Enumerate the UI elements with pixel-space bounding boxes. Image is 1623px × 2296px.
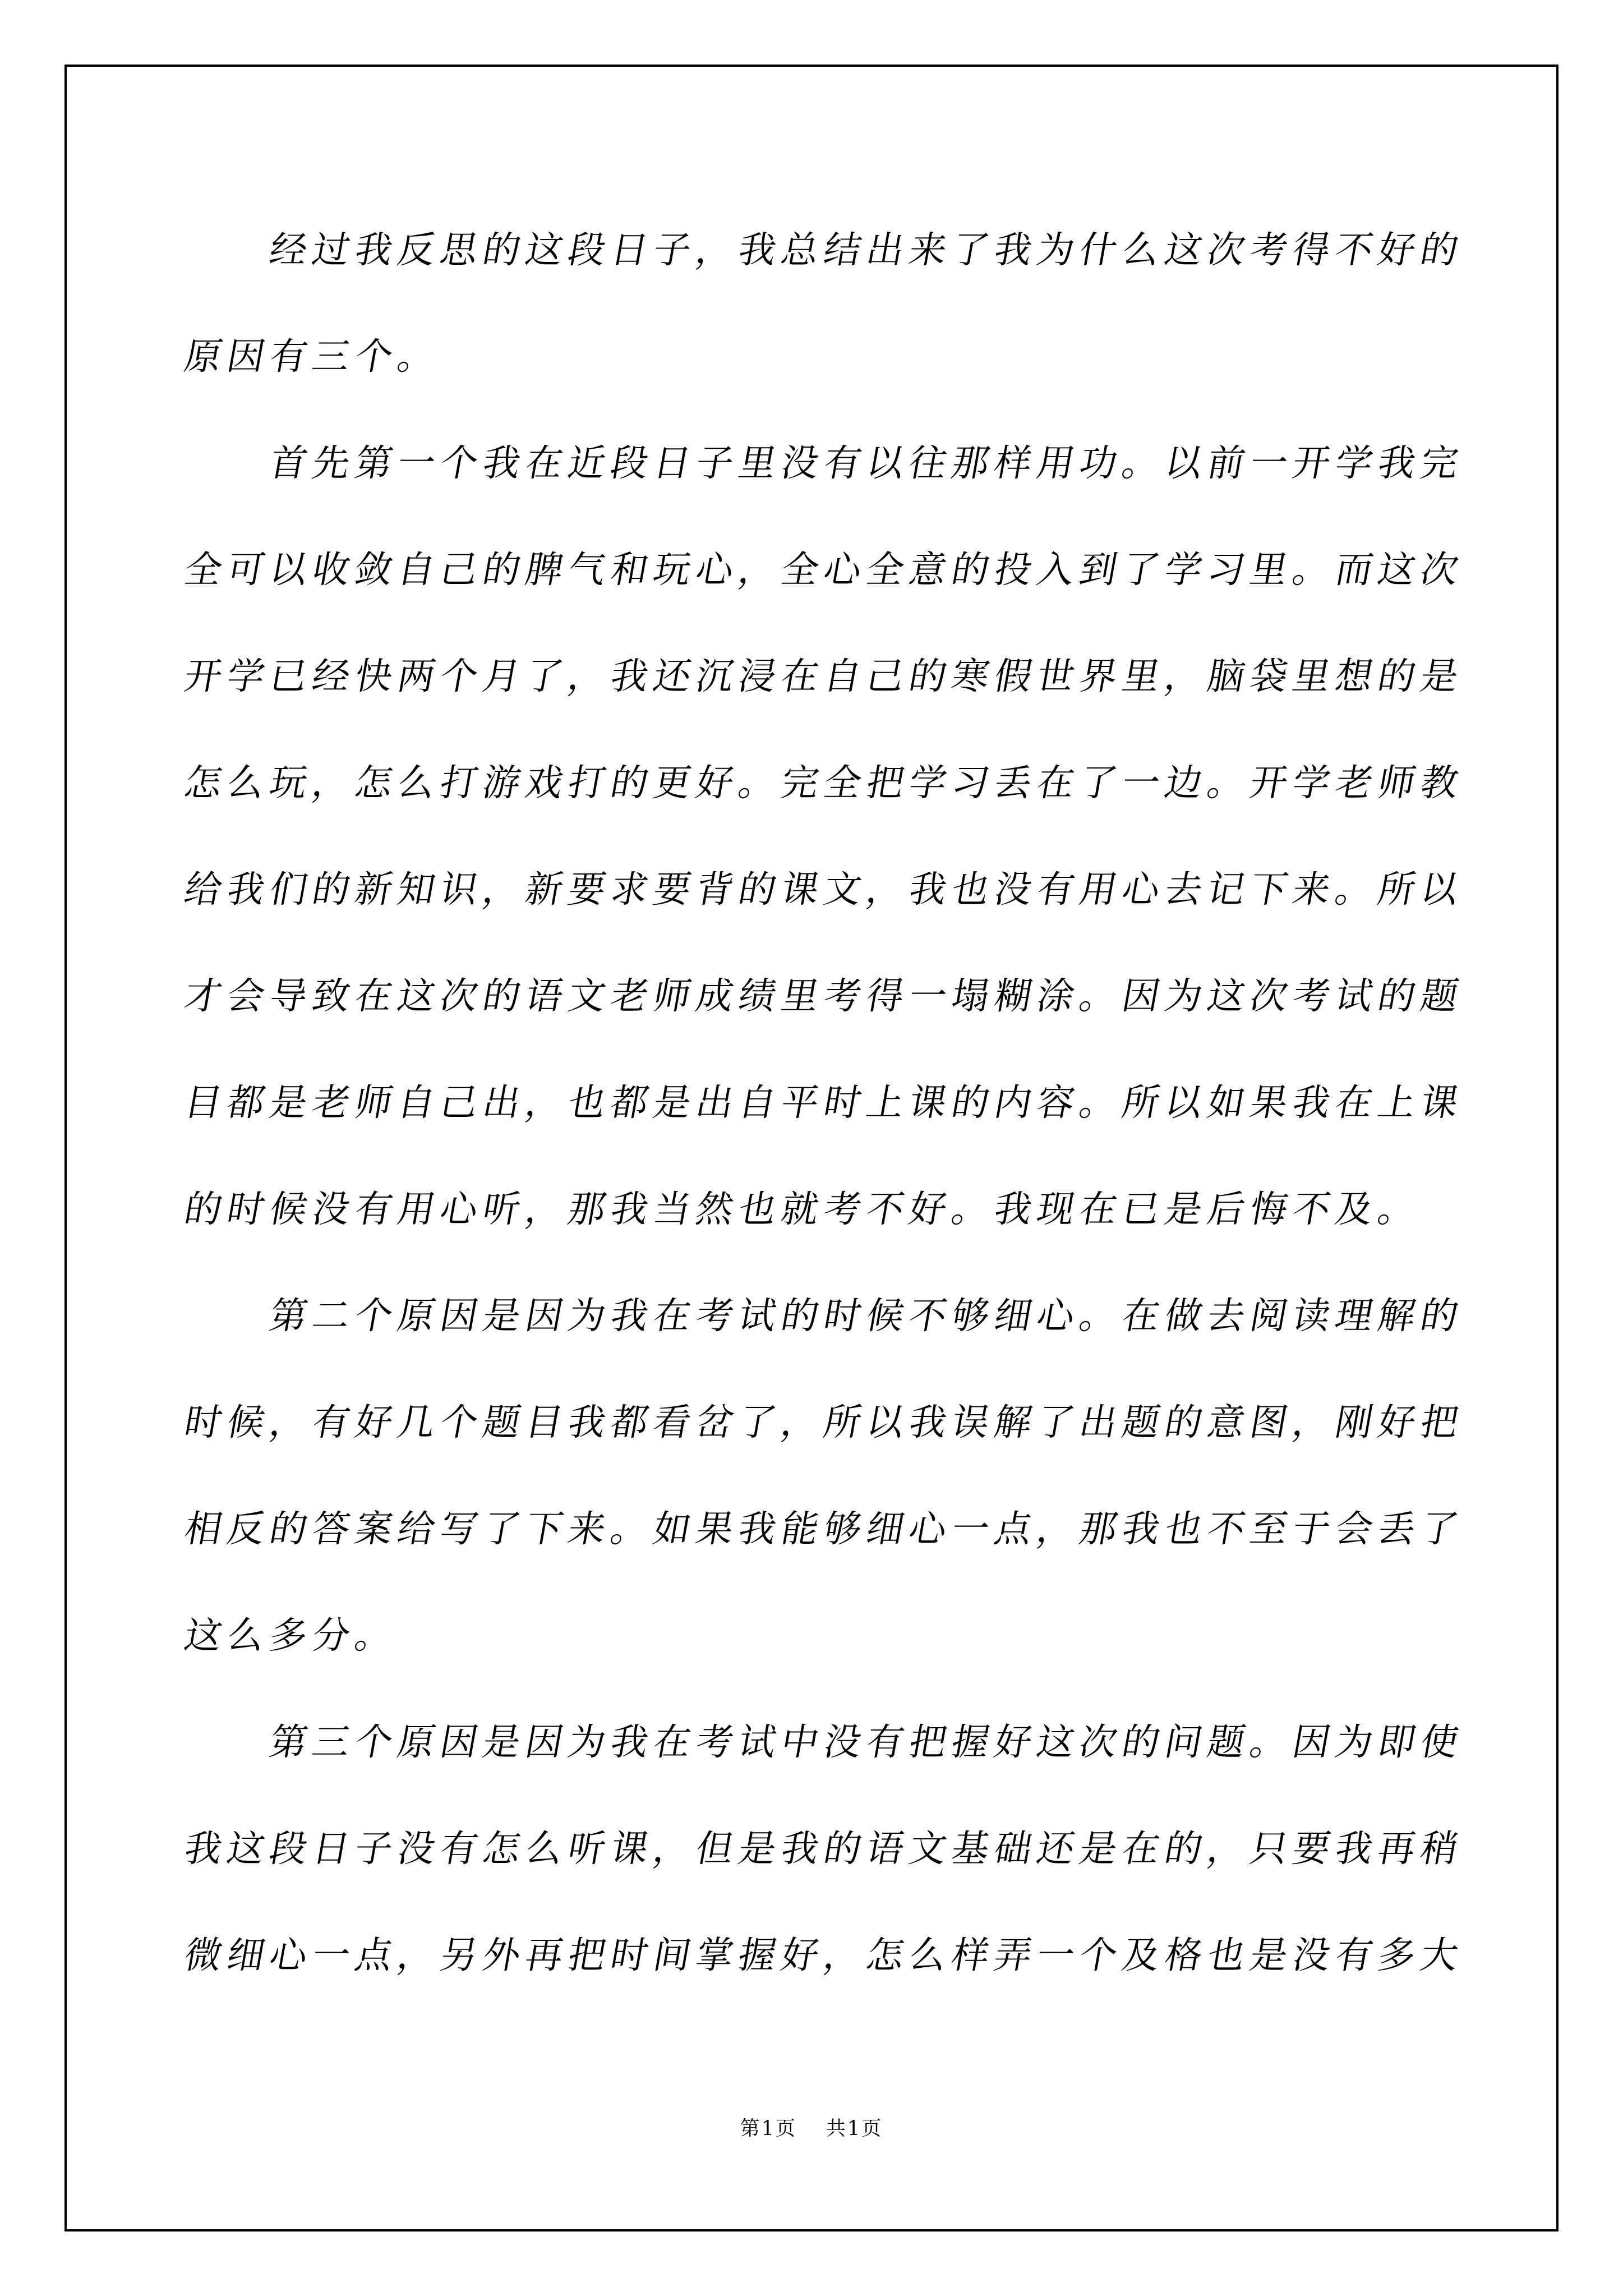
text-line: 原因有三个。: [176, 303, 1484, 410]
text-line: 第二个原因是因为我在考试的时候不够细心。在做去阅读理解的: [176, 1263, 1484, 1369]
text-line: 全可以收敛自己的脾气和玩心，全心全意的投入到了学习里。而这次: [176, 517, 1484, 623]
text-line: 首先第一个我在近段日子里没有以往那样用功。以前一开学我完: [176, 410, 1484, 517]
page-number-current: 第1页: [740, 2118, 797, 2140]
text-line: 目都是老师自己出，也都是出自平时上课的内容。所以如果我在上课: [176, 1050, 1484, 1156]
text-line: 开学已经快两个月了，我还沉浸在自己的寒假世界里，脑袋里想的是: [176, 623, 1484, 730]
text-line: 经过我反思的这段日子，我总结出来了我为什么这次考得不好的: [176, 197, 1484, 303]
page-number-total: 共1页: [826, 2118, 883, 2140]
text-line: 第三个原因是因为我在考试中没有把握好这次的问题。因为即使: [176, 1689, 1484, 1796]
text-line: 时候，有好几个题目我都看岔了，所以我误解了出题的意图，刚好把: [176, 1369, 1484, 1476]
text-line: 微细心一点，另外再把时间掌握好，怎么样弄一个及格也是没有多大: [176, 1902, 1484, 2009]
document-body: 经过我反思的这段日子，我总结出来了我为什么这次考得不好的原因有三个。首先第一个我…: [176, 197, 1465, 2009]
page-border-frame: 经过我反思的这段日子，我总结出来了我为什么这次考得不好的原因有三个。首先第一个我…: [64, 65, 1559, 2231]
text-line: 的时候没有用心听，那我当然也就考不好。我现在已是后悔不及。: [176, 1156, 1484, 1263]
document-page: 经过我反思的这段日子，我总结出来了我为什么这次考得不好的原因有三个。首先第一个我…: [0, 0, 1623, 2296]
text-line: 给我们的新知识，新要求要背的课文，我也没有用心去记下来。所以: [176, 836, 1484, 943]
page-footer: 第1页共1页: [67, 2113, 1556, 2141]
text-line: 这么多分。: [176, 1582, 1484, 1689]
text-line: 怎么玩，怎么打游戏打的更好。完全把学习丢在了一边。开学老师教: [176, 730, 1484, 836]
text-line: 我这段日子没有怎么听课，但是我的语文基础还是在的，只要我再稍: [176, 1796, 1484, 1902]
text-line: 才会导致在这次的语文老师成绩里考得一塌糊涂。因为这次考试的题: [176, 943, 1484, 1050]
text-line: 相反的答案给写了下来。如果我能够细心一点，那我也不至于会丢了: [176, 1476, 1484, 1582]
